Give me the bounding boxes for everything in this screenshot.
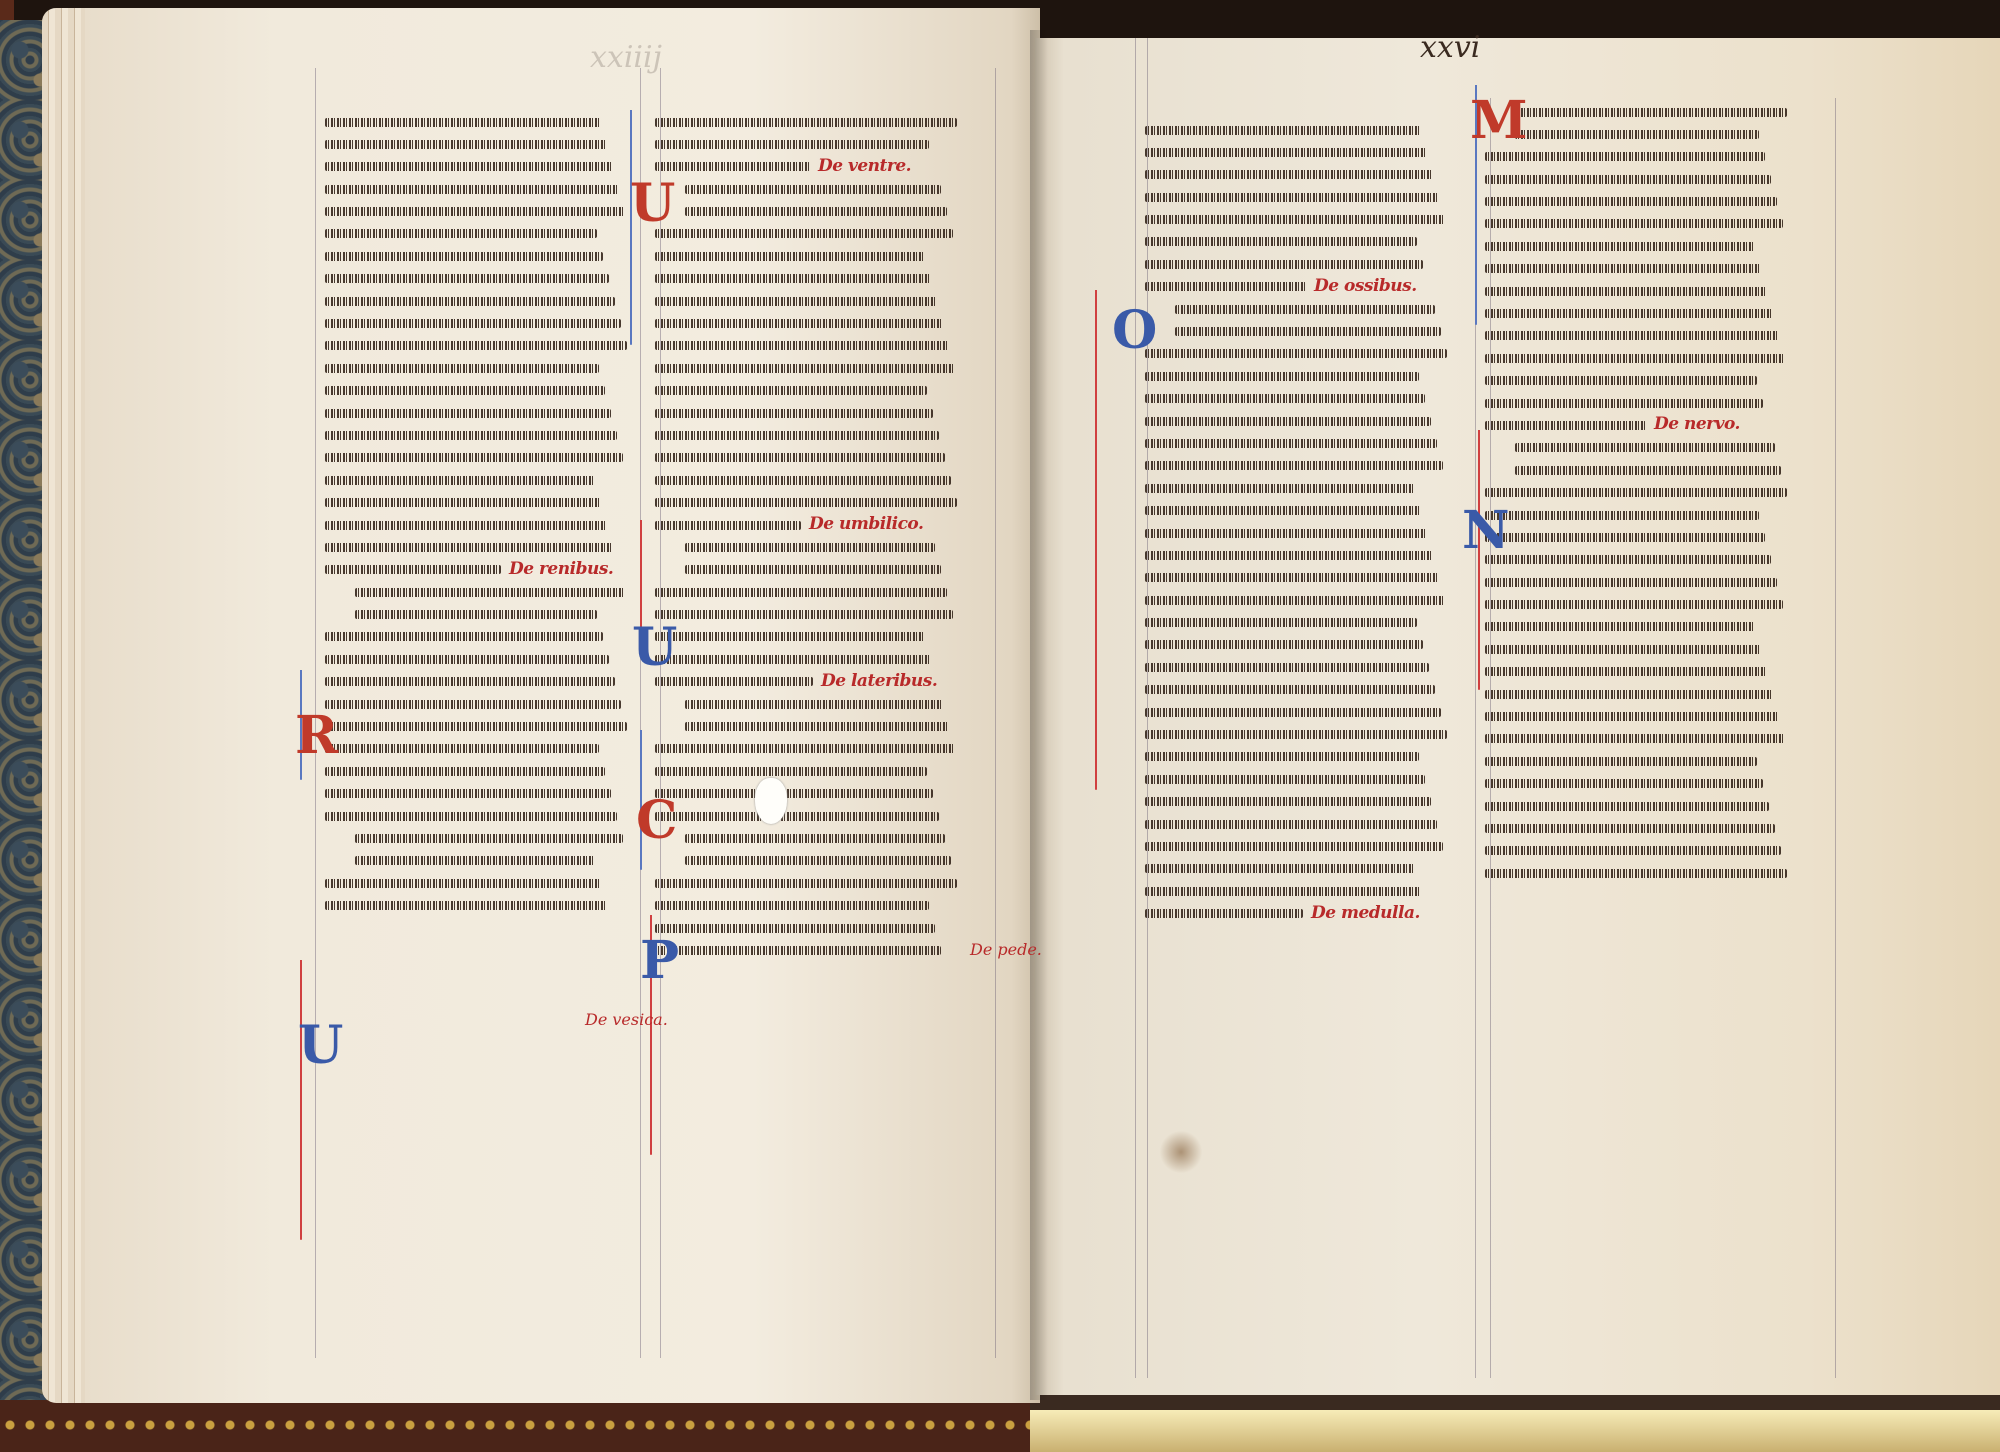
handwritten-text bbox=[1515, 130, 1759, 139]
script-line bbox=[1145, 611, 1460, 633]
binding-edge-right bbox=[1030, 1395, 2000, 1411]
handwritten-text bbox=[1145, 864, 1415, 873]
handwritten-text bbox=[655, 767, 927, 776]
handwritten-text bbox=[685, 700, 943, 709]
handwritten-text bbox=[655, 162, 810, 171]
right-page-column-b: De nervo. bbox=[1485, 100, 1810, 884]
page-edges-stack bbox=[42, 8, 87, 1403]
handwritten-text bbox=[325, 409, 611, 418]
script-line bbox=[325, 312, 645, 334]
handwritten-text bbox=[655, 386, 927, 395]
script-line bbox=[325, 423, 645, 445]
handwritten-text bbox=[1485, 869, 1787, 878]
script-line bbox=[325, 625, 645, 647]
script-line bbox=[1485, 861, 1810, 883]
script-line bbox=[655, 356, 980, 378]
handwritten-text bbox=[1485, 197, 1777, 206]
handwritten-text bbox=[325, 476, 595, 485]
handwritten-text bbox=[1145, 797, 1431, 806]
handwritten-text bbox=[1145, 484, 1415, 493]
script-line bbox=[1145, 185, 1460, 207]
script-line bbox=[325, 782, 645, 804]
script-line bbox=[655, 737, 980, 759]
handwritten-text bbox=[655, 789, 933, 798]
handwritten-text bbox=[655, 252, 925, 261]
script-line bbox=[655, 423, 980, 445]
folio-number-right: xxvi bbox=[1420, 30, 1480, 65]
handwritten-text bbox=[355, 588, 625, 597]
script-line bbox=[325, 871, 645, 893]
handwritten-text bbox=[1145, 506, 1421, 515]
handwritten-text bbox=[655, 744, 955, 753]
script-line bbox=[1485, 167, 1810, 189]
script-line bbox=[655, 625, 980, 647]
script-line bbox=[655, 804, 980, 826]
script-line bbox=[1485, 279, 1810, 301]
script-line bbox=[1485, 637, 1810, 659]
script-line bbox=[1485, 727, 1810, 749]
handwritten-text bbox=[1485, 824, 1775, 833]
handwritten-text bbox=[1145, 596, 1445, 605]
script-line bbox=[655, 894, 980, 916]
script-line bbox=[1145, 499, 1460, 521]
handwritten-text bbox=[325, 118, 601, 127]
script-line bbox=[1485, 391, 1810, 413]
script-line bbox=[1485, 503, 1810, 525]
handwritten-text bbox=[1145, 193, 1439, 202]
handwritten-text bbox=[685, 543, 935, 552]
script-line bbox=[1145, 387, 1460, 409]
handwritten-text bbox=[655, 655, 931, 664]
handwritten-text bbox=[655, 901, 929, 910]
script-line bbox=[325, 670, 645, 692]
script-line bbox=[1485, 481, 1810, 503]
handwritten-text bbox=[1485, 779, 1763, 788]
script-line bbox=[1145, 230, 1460, 252]
handwritten-text bbox=[1485, 175, 1771, 184]
handwritten-text bbox=[1485, 511, 1759, 520]
handwritten-text bbox=[325, 632, 603, 641]
script-line bbox=[1145, 723, 1460, 745]
handwritten-text bbox=[655, 677, 813, 686]
script-line bbox=[1485, 190, 1810, 212]
handwritten-text bbox=[325, 274, 609, 283]
handwritten-text bbox=[1485, 309, 1773, 318]
script-line bbox=[1485, 794, 1810, 816]
script-line bbox=[1145, 588, 1460, 610]
script-line: De ossibus. bbox=[1145, 275, 1460, 297]
handwritten-text bbox=[655, 924, 935, 933]
handwritten-text bbox=[325, 744, 599, 753]
handwritten-text bbox=[1485, 264, 1761, 273]
rubric-heading: De ossibus. bbox=[1314, 276, 1417, 296]
script-line bbox=[655, 535, 980, 557]
handwritten-text bbox=[655, 588, 947, 597]
script-line bbox=[1145, 409, 1460, 431]
handwritten-text bbox=[1145, 148, 1427, 157]
script-line bbox=[1485, 302, 1810, 324]
script-line bbox=[1485, 570, 1810, 592]
script-line bbox=[1485, 525, 1810, 547]
script-line bbox=[1485, 122, 1810, 144]
handwritten-text bbox=[1145, 842, 1443, 851]
script-line bbox=[1145, 342, 1460, 364]
script-line bbox=[1145, 745, 1460, 767]
rubric-heading: De lateribus. bbox=[821, 671, 937, 691]
handwritten-text bbox=[685, 856, 951, 865]
handwritten-text bbox=[655, 431, 939, 440]
script-line bbox=[1145, 879, 1460, 901]
handwritten-text bbox=[1145, 372, 1419, 381]
script-line bbox=[325, 580, 645, 602]
handwritten-text bbox=[1145, 663, 1429, 672]
handwritten-text bbox=[1145, 215, 1445, 224]
handwritten-text bbox=[325, 812, 617, 821]
handwritten-text bbox=[325, 229, 597, 238]
handwritten-text bbox=[1485, 690, 1773, 699]
handwritten-text bbox=[1485, 331, 1779, 340]
handwritten-text bbox=[325, 565, 501, 574]
left-page-column-b: De ventre.De umbilico.De lateribus. bbox=[655, 110, 980, 961]
script-line bbox=[1145, 454, 1460, 476]
script-line bbox=[1485, 817, 1810, 839]
script-line bbox=[325, 468, 645, 490]
left-page-column-a: De renibus. bbox=[325, 110, 645, 916]
script-line bbox=[655, 222, 980, 244]
script-line bbox=[655, 334, 980, 356]
script-line bbox=[325, 894, 645, 916]
script-line bbox=[655, 267, 980, 289]
handwritten-text bbox=[655, 140, 929, 149]
handwritten-text bbox=[355, 856, 595, 865]
handwritten-text bbox=[655, 118, 957, 127]
script-line bbox=[325, 401, 645, 423]
handwritten-text bbox=[1145, 282, 1306, 291]
script-line bbox=[1485, 369, 1810, 391]
handwritten-text bbox=[325, 543, 613, 552]
handwritten-text bbox=[1485, 399, 1763, 408]
decorated-initial-u: U bbox=[630, 178, 675, 230]
handwritten-text bbox=[325, 364, 599, 373]
handwritten-text bbox=[325, 700, 621, 709]
handwritten-text bbox=[325, 185, 619, 194]
handwritten-text bbox=[1145, 237, 1417, 246]
handwritten-text bbox=[1145, 573, 1439, 582]
script-line bbox=[655, 244, 980, 266]
gilt-tooling bbox=[0, 1420, 1030, 1430]
script-line bbox=[655, 289, 980, 311]
script-line bbox=[1485, 324, 1810, 346]
script-line bbox=[655, 938, 980, 960]
decorated-initial-u: U bbox=[632, 622, 677, 674]
script-line bbox=[655, 692, 980, 714]
handwritten-text bbox=[325, 431, 617, 440]
handwritten-text bbox=[1485, 578, 1777, 587]
handwritten-text bbox=[655, 498, 957, 507]
script-line bbox=[325, 603, 645, 625]
parchment-stain bbox=[1160, 1130, 1202, 1174]
script-line bbox=[1145, 140, 1460, 162]
handwritten-text bbox=[655, 274, 931, 283]
handwritten-text bbox=[325, 879, 601, 888]
decorated-initial-m: M bbox=[1470, 95, 1528, 147]
handwritten-text bbox=[1145, 820, 1437, 829]
margin-rubric: De vesica. bbox=[585, 1010, 668, 1029]
script-line bbox=[325, 289, 645, 311]
folio-number-left: xxiiij bbox=[590, 40, 662, 75]
script-line bbox=[1485, 436, 1810, 458]
script-line bbox=[1145, 566, 1460, 588]
handwritten-text bbox=[325, 789, 611, 798]
script-line bbox=[655, 446, 980, 468]
script-line bbox=[325, 334, 645, 356]
handwritten-text bbox=[325, 655, 609, 664]
decorated-initial-u: U bbox=[298, 1020, 343, 1072]
handwritten-text bbox=[325, 767, 605, 776]
handwritten-text bbox=[655, 521, 801, 530]
script-line bbox=[1485, 593, 1810, 615]
script-line bbox=[655, 603, 980, 625]
handwritten-text bbox=[1145, 394, 1425, 403]
script-line bbox=[1145, 252, 1460, 274]
handwritten-text bbox=[655, 812, 939, 821]
handwritten-text bbox=[325, 386, 605, 395]
handwritten-text bbox=[1485, 600, 1783, 609]
handwritten-text bbox=[685, 207, 947, 216]
handwritten-text bbox=[355, 834, 623, 843]
handwritten-text bbox=[325, 521, 607, 530]
script-line bbox=[1145, 790, 1460, 812]
script-line bbox=[655, 379, 980, 401]
handwritten-text bbox=[655, 319, 943, 328]
handwritten-text bbox=[1485, 667, 1767, 676]
handwritten-text bbox=[1145, 708, 1441, 717]
script-line bbox=[655, 827, 980, 849]
script-line bbox=[1145, 767, 1460, 789]
script-line bbox=[325, 132, 645, 154]
handwritten-text bbox=[1145, 439, 1437, 448]
script-line bbox=[1485, 234, 1810, 256]
script-line bbox=[655, 849, 980, 871]
script-line bbox=[655, 647, 980, 669]
script-line: De ventre. bbox=[655, 155, 980, 177]
handwritten-text bbox=[325, 453, 623, 462]
pen-flourish bbox=[300, 960, 302, 1240]
script-line bbox=[655, 871, 980, 893]
script-line bbox=[1145, 320, 1460, 342]
script-line: De nervo. bbox=[1485, 413, 1810, 435]
script-line bbox=[1485, 682, 1810, 704]
script-line bbox=[1485, 548, 1810, 570]
script-line bbox=[1485, 145, 1810, 167]
script-line bbox=[325, 804, 645, 826]
handwritten-text bbox=[1145, 730, 1447, 739]
script-line: De umbilico. bbox=[655, 513, 980, 535]
handwritten-text bbox=[1485, 242, 1755, 251]
rubric-heading: De umbilico. bbox=[809, 514, 923, 534]
script-line bbox=[325, 379, 645, 401]
script-line bbox=[1145, 208, 1460, 230]
handwritten-text bbox=[1485, 533, 1765, 542]
script-line bbox=[1485, 257, 1810, 279]
script-line bbox=[655, 558, 980, 580]
handwritten-text bbox=[1485, 712, 1779, 721]
ruling-line bbox=[1835, 98, 1836, 1378]
script-line bbox=[1485, 458, 1810, 480]
script-line bbox=[1145, 835, 1460, 857]
rubric-heading: De renibus. bbox=[509, 559, 613, 579]
script-line bbox=[1145, 633, 1460, 655]
script-line bbox=[1485, 615, 1810, 637]
script-line bbox=[1145, 655, 1460, 677]
script-line bbox=[325, 491, 645, 513]
handwritten-text bbox=[1485, 846, 1781, 855]
handwritten-text bbox=[655, 229, 953, 238]
script-line bbox=[1145, 364, 1460, 386]
handwritten-text bbox=[1145, 170, 1433, 179]
handwritten-text bbox=[325, 207, 625, 216]
script-line bbox=[655, 759, 980, 781]
script-line bbox=[1485, 346, 1810, 368]
script-line bbox=[325, 356, 645, 378]
script-line bbox=[1145, 431, 1460, 453]
handwritten-text bbox=[685, 565, 941, 574]
decorated-initial-n: N bbox=[1462, 505, 1510, 557]
handwritten-text bbox=[1145, 551, 1433, 560]
handwritten-text bbox=[1515, 108, 1787, 117]
script-line bbox=[655, 200, 980, 222]
script-line bbox=[1145, 521, 1460, 543]
script-line bbox=[655, 110, 980, 132]
handwritten-text bbox=[1175, 327, 1441, 336]
script-line bbox=[655, 491, 980, 513]
handwritten-text bbox=[325, 319, 621, 328]
handwritten-text bbox=[1175, 305, 1435, 314]
script-line bbox=[655, 468, 980, 490]
script-line bbox=[655, 580, 980, 602]
pen-flourish bbox=[1095, 290, 1097, 790]
decorated-initial-p: P bbox=[640, 935, 679, 987]
script-line bbox=[325, 849, 645, 871]
script-line bbox=[655, 782, 980, 804]
script-line bbox=[325, 267, 645, 289]
handwritten-text bbox=[1515, 466, 1781, 475]
handwritten-text bbox=[325, 901, 607, 910]
script-line bbox=[1145, 163, 1460, 185]
handwritten-text bbox=[1485, 802, 1769, 811]
script-line bbox=[655, 916, 980, 938]
handwritten-text bbox=[1145, 461, 1443, 470]
parchment-hole bbox=[755, 778, 787, 824]
script-line bbox=[1145, 812, 1460, 834]
handwritten-text bbox=[1485, 287, 1767, 296]
rubric-heading: De ventre. bbox=[818, 156, 911, 176]
script-line bbox=[325, 827, 645, 849]
script-line bbox=[1145, 476, 1460, 498]
handwritten-text bbox=[1485, 734, 1785, 743]
handwritten-text bbox=[325, 140, 607, 149]
ruling-line bbox=[995, 68, 996, 1358]
script-line bbox=[325, 759, 645, 781]
handwritten-text bbox=[1145, 260, 1423, 269]
handwritten-text bbox=[655, 610, 953, 619]
script-line: De renibus. bbox=[325, 558, 645, 580]
handwritten-text bbox=[325, 722, 627, 731]
handwritten-text bbox=[1145, 685, 1435, 694]
handwritten-text bbox=[325, 162, 613, 171]
handwritten-text bbox=[325, 498, 601, 507]
handwritten-text bbox=[1485, 622, 1755, 631]
script-line bbox=[325, 647, 645, 669]
background-surface bbox=[1030, 1410, 2000, 1452]
script-line bbox=[325, 110, 645, 132]
script-line bbox=[325, 200, 645, 222]
margin-rubric: De pede. bbox=[970, 940, 1042, 959]
handwritten-text bbox=[1515, 443, 1775, 452]
script-line bbox=[325, 177, 645, 199]
handwritten-text bbox=[1145, 126, 1421, 135]
script-line bbox=[655, 401, 980, 423]
rubric-heading: De medulla. bbox=[1311, 903, 1420, 923]
script-line bbox=[325, 692, 645, 714]
handwritten-text bbox=[1485, 376, 1757, 385]
handwritten-text bbox=[355, 610, 597, 619]
script-line: De medulla. bbox=[1145, 902, 1460, 924]
handwritten-text bbox=[685, 834, 945, 843]
script-line bbox=[1485, 100, 1810, 122]
handwritten-text bbox=[1145, 887, 1421, 896]
handwritten-text bbox=[1485, 555, 1771, 564]
ruling-line bbox=[1135, 38, 1136, 1378]
script-line bbox=[655, 132, 980, 154]
script-line bbox=[325, 222, 645, 244]
script-line bbox=[1145, 678, 1460, 700]
gutter-shadow bbox=[1030, 30, 1048, 1400]
script-line bbox=[1485, 705, 1810, 727]
script-line bbox=[1485, 749, 1810, 771]
handwritten-text bbox=[325, 677, 615, 686]
script-line bbox=[325, 737, 645, 759]
handwritten-text bbox=[655, 946, 941, 955]
script-line bbox=[655, 715, 980, 737]
handwritten-text bbox=[1145, 775, 1425, 784]
handwritten-text bbox=[1145, 417, 1431, 426]
handwritten-text bbox=[655, 632, 925, 641]
script-line bbox=[1145, 700, 1460, 722]
script-line bbox=[1145, 118, 1460, 140]
script-line bbox=[1145, 857, 1460, 879]
handwritten-text bbox=[1485, 219, 1783, 228]
handwritten-text bbox=[325, 297, 615, 306]
handwritten-text bbox=[1145, 752, 1419, 761]
handwritten-text bbox=[1145, 640, 1423, 649]
handwritten-text bbox=[1485, 488, 1787, 497]
script-line bbox=[325, 513, 645, 535]
script-line bbox=[1145, 297, 1460, 319]
handwritten-text bbox=[685, 722, 949, 731]
handwritten-text bbox=[325, 341, 627, 350]
handwritten-text bbox=[1485, 421, 1646, 430]
rubric-heading: De nervo. bbox=[1654, 414, 1740, 434]
handwritten-text bbox=[1145, 349, 1447, 358]
script-line bbox=[1145, 543, 1460, 565]
script-line bbox=[1485, 660, 1810, 682]
handwritten-text bbox=[655, 476, 951, 485]
handwritten-text bbox=[1485, 354, 1785, 363]
handwritten-text bbox=[685, 185, 941, 194]
script-line bbox=[325, 155, 645, 177]
script-line bbox=[655, 312, 980, 334]
